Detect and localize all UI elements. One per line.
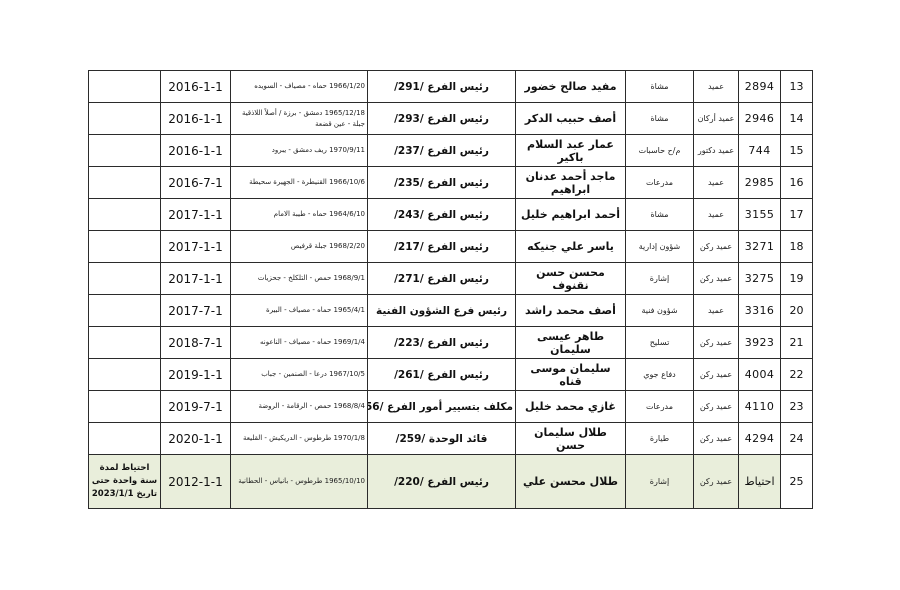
table-row: 15 744 عميد دكتور م/ح حاسبات عمار عبد ال… <box>89 135 813 167</box>
cell-assignment-date: 2017-1-1 <box>161 199 231 231</box>
table-row: 23 4110 عميد ركن مدرعات غازي محمد خليل م… <box>89 391 813 423</box>
cell-officer-name: طلال محسن علي <box>516 455 626 509</box>
cell-position: رئيس الفرع /235/ <box>368 167 516 199</box>
cell-row-number: 17 <box>781 199 813 231</box>
cell-officer-name: عمار عبد السلام باكير <box>516 135 626 167</box>
cell-rank: عميد ركن <box>694 231 739 263</box>
table-row: 24 4294 عميد ركن طيارة طلال سليمان حسن ق… <box>89 423 813 455</box>
cell-assignment-date: 2019-7-1 <box>161 391 231 423</box>
cell-specialty: دفاع جوي <box>626 359 694 391</box>
cell-officer-name: أصف محمد راشد <box>516 295 626 327</box>
cell-officer-name: غازي محمد خليل <box>516 391 626 423</box>
cell-assignment-date: 2017-7-1 <box>161 295 231 327</box>
cell-position: رئيس الفرع /217/ <box>368 231 516 263</box>
cell-birth-info: 1968/8/4 حمص - الرقامة - الروضة <box>231 391 368 423</box>
officers-table-body: 13 2894 عميد مشاة مفيد صالح خضور رئيس ال… <box>89 71 813 509</box>
scanned-page: 13 2894 عميد مشاة مفيد صالح خضور رئيس ال… <box>0 0 900 590</box>
cell-note <box>89 71 161 103</box>
table-row: 14 2946 عميد أركان مشاة أصف حبيب الدكر ر… <box>89 103 813 135</box>
cell-rank: عميد <box>694 199 739 231</box>
cell-birth-info: 1968/9/1 حمص - التلكلخ - جحزيات <box>231 263 368 295</box>
cell-note <box>89 423 161 455</box>
cell-rank: عميد ركن <box>694 359 739 391</box>
cell-officer-name: طاهر عيسى سليمان <box>516 327 626 359</box>
table-row: 19 3275 عميد ركن إشارة محسن حسن نقنوف رئ… <box>89 263 813 295</box>
cell-birth-info: 1967/10/5 درعا - الصنمين - جباب <box>231 359 368 391</box>
cell-service-number: 3923 <box>739 327 781 359</box>
cell-birth-info: 1965/12/18 دمشق - برزة / أصلاً اللاذقية … <box>231 103 368 135</box>
cell-note <box>89 103 161 135</box>
cell-assignment-date: 2016-1-1 <box>161 135 231 167</box>
cell-row-number: 23 <box>781 391 813 423</box>
cell-service-number: 4110 <box>739 391 781 423</box>
cell-service-number: 3275 <box>739 263 781 295</box>
cell-note <box>89 295 161 327</box>
cell-note <box>89 327 161 359</box>
cell-specialty: مدرعات <box>626 391 694 423</box>
table-row: 16 2985 عميد مدرعات ماجد أحمد عدنان ابرا… <box>89 167 813 199</box>
cell-rank: عميد ركن <box>694 263 739 295</box>
cell-specialty: مشاة <box>626 199 694 231</box>
cell-specialty: م/ح حاسبات <box>626 135 694 167</box>
cell-service-number: 744 <box>739 135 781 167</box>
cell-service-number: 3316 <box>739 295 781 327</box>
cell-birth-info: 1968/2/20 جبلة قرفيص <box>231 231 368 263</box>
cell-officer-name: أصف حبيب الدكر <box>516 103 626 135</box>
table-row: 13 2894 عميد مشاة مفيد صالح خضور رئيس ال… <box>89 71 813 103</box>
cell-service-number: 2985 <box>739 167 781 199</box>
cell-specialty: شؤون فنية <box>626 295 694 327</box>
cell-note <box>89 391 161 423</box>
table-row: 17 3155 عميد مشاة أحمد ابراهيم خليل رئيس… <box>89 199 813 231</box>
cell-note <box>89 231 161 263</box>
cell-specialty: إشارة <box>626 455 694 509</box>
cell-row-number: 18 <box>781 231 813 263</box>
cell-note <box>89 167 161 199</box>
cell-specialty: مدرعات <box>626 167 694 199</box>
cell-birth-info: 1970/9/11 ريف دمشق - يبرود <box>231 135 368 167</box>
table-row: 20 3316 عميد شؤون فنية أصف محمد راشد رئي… <box>89 295 813 327</box>
cell-note <box>89 199 161 231</box>
cell-birth-info: 1964/6/10 حماه - طيبة الامام <box>231 199 368 231</box>
cell-rank: عميد <box>694 167 739 199</box>
cell-position: رئيس فرع الشؤون الفنية <box>368 295 516 327</box>
cell-specialty: مشاة <box>626 103 694 135</box>
cell-row-number: 21 <box>781 327 813 359</box>
cell-service-number: 3155 <box>739 199 781 231</box>
cell-service-number: 2894 <box>739 71 781 103</box>
cell-position: رئيس الفرع /243/ <box>368 199 516 231</box>
cell-birth-info: 1966/10/6 القنيطرة - الجهيرة سحيطة <box>231 167 368 199</box>
cell-rank: عميد دكتور <box>694 135 739 167</box>
cell-assignment-date: 2017-1-1 <box>161 231 231 263</box>
cell-birth-info: 1970/1/8 طرطوس - الدريكيش - القليعة <box>231 423 368 455</box>
cell-officer-name: أحمد ابراهيم خليل <box>516 199 626 231</box>
cell-specialty: إشارة <box>626 263 694 295</box>
cell-specialty: تسليح <box>626 327 694 359</box>
cell-row-number: 15 <box>781 135 813 167</box>
cell-row-number: 14 <box>781 103 813 135</box>
cell-assignment-date: 2017-1-1 <box>161 263 231 295</box>
cell-rank: عميد ركن <box>694 327 739 359</box>
cell-officer-name: ياسر علي جنيكه <box>516 231 626 263</box>
cell-row-number: 22 <box>781 359 813 391</box>
cell-position: رئيس الفرع /237/ <box>368 135 516 167</box>
cell-rank: عميد أركان <box>694 103 739 135</box>
cell-officer-name: مفيد صالح خضور <box>516 71 626 103</box>
cell-position: مكلف بتسيير أمور الفرع /256/ <box>368 391 516 423</box>
cell-service-number: 2946 <box>739 103 781 135</box>
cell-position: قائد الوحدة /259/ <box>368 423 516 455</box>
cell-position: رئيس الفرع /261/ <box>368 359 516 391</box>
cell-specialty: مشاة <box>626 71 694 103</box>
cell-assignment-date: 2012-1-1 <box>161 455 231 509</box>
cell-officer-name: محسن حسن نقنوف <box>516 263 626 295</box>
cell-note <box>89 359 161 391</box>
cell-row-number: 25 <box>781 455 813 509</box>
cell-row-number: 24 <box>781 423 813 455</box>
cell-birth-info: 1966/1/20 حماه - مصياف - السويده <box>231 71 368 103</box>
cell-service-number: 4294 <box>739 423 781 455</box>
cell-assignment-date: 2016-1-1 <box>161 103 231 135</box>
cell-rank: عميد ركن <box>694 391 739 423</box>
cell-note: احتياط لمدة سنة واحدة حتى تاريخ 2023/1/1 <box>89 455 161 509</box>
cell-position: رئيس الفرع /293/ <box>368 103 516 135</box>
cell-row-number: 20 <box>781 295 813 327</box>
cell-specialty: شؤون إدارية <box>626 231 694 263</box>
cell-row-number: 16 <box>781 167 813 199</box>
cell-rank: عميد <box>694 71 739 103</box>
cell-assignment-date: 2016-1-1 <box>161 71 231 103</box>
cell-assignment-date: 2018-7-1 <box>161 327 231 359</box>
cell-row-number: 13 <box>781 71 813 103</box>
cell-position: رئيس الفرع /220/ <box>368 455 516 509</box>
cell-assignment-date: 2016-7-1 <box>161 167 231 199</box>
cell-assignment-date: 2019-1-1 <box>161 359 231 391</box>
cell-assignment-date: 2020-1-1 <box>161 423 231 455</box>
table-row: 22 4004 عميد ركن دفاع جوي سليمان موسى قن… <box>89 359 813 391</box>
cell-position: رئيس الفرع /291/ <box>368 71 516 103</box>
cell-service-number: 4004 <box>739 359 781 391</box>
table-row: 21 3923 عميد ركن تسليح طاهر عيسى سليمان … <box>89 327 813 359</box>
cell-officer-name: سليمان موسى قناه <box>516 359 626 391</box>
cell-officer-name: ماجد أحمد عدنان ابراهيم <box>516 167 626 199</box>
officers-table: 13 2894 عميد مشاة مفيد صالح خضور رئيس ال… <box>88 70 813 509</box>
cell-birth-info: 1965/4/1 حماه - مصياف - البيرة <box>231 295 368 327</box>
table-row: 25 احتياط عميد ركن إشارة طلال محسن علي ر… <box>89 455 813 509</box>
cell-note <box>89 263 161 295</box>
cell-birth-info: 1969/1/4 حماه - مصياف - الناعونه <box>231 327 368 359</box>
cell-row-number: 19 <box>781 263 813 295</box>
cell-position: رئيس الفرع /223/ <box>368 327 516 359</box>
cell-position: رئيس الفرع /271/ <box>368 263 516 295</box>
cell-note <box>89 135 161 167</box>
cell-specialty: طيارة <box>626 423 694 455</box>
cell-service-number: احتياط <box>739 455 781 509</box>
cell-service-number: 3271 <box>739 231 781 263</box>
cell-rank: عميد ركن <box>694 455 739 509</box>
table-row: 18 3271 عميد ركن شؤون إدارية ياسر علي جن… <box>89 231 813 263</box>
cell-birth-info: 1965/10/10 طرطوس - بانياس - الحطانية <box>231 455 368 509</box>
cell-rank: عميد ركن <box>694 423 739 455</box>
cell-officer-name: طلال سليمان حسن <box>516 423 626 455</box>
cell-rank: عميد <box>694 295 739 327</box>
